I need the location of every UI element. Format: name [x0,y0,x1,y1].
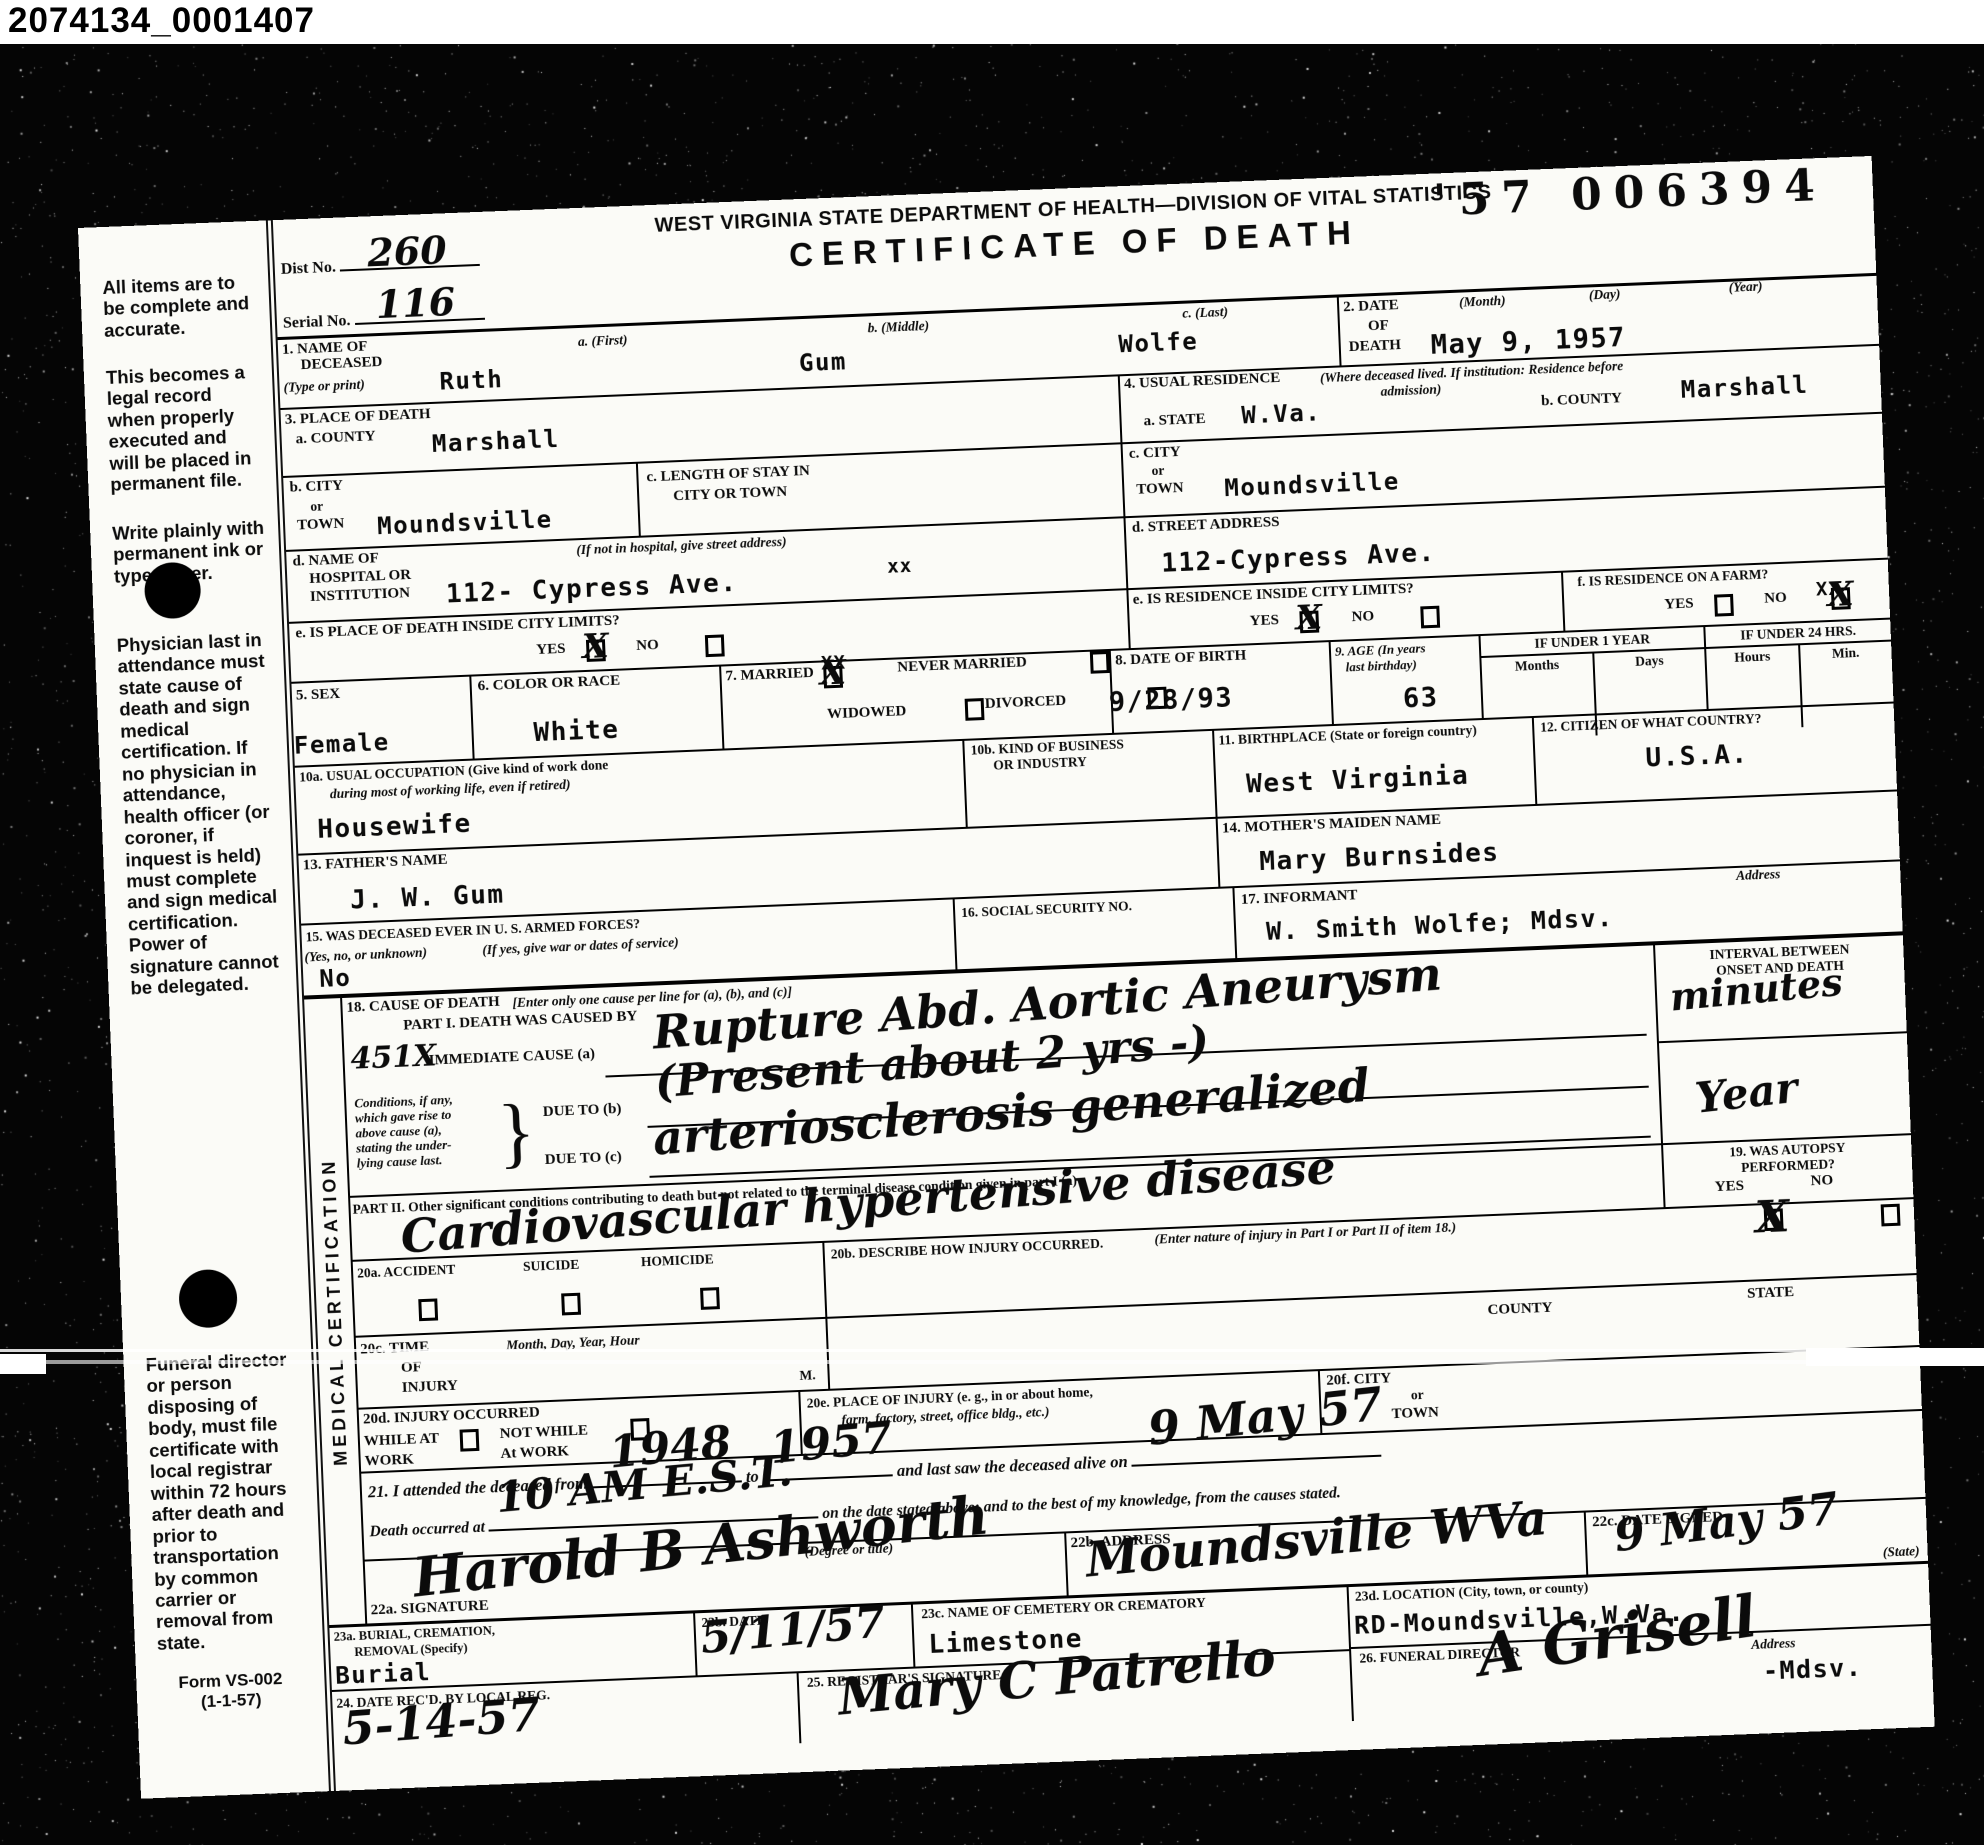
widowed-checkbox [965,698,985,721]
not-while-label: NOT WHILE [499,1423,588,1444]
death-occurred-label: Death occurred at [369,1519,485,1541]
immediate-cause-label: IMMEDIATE CAUSE (a) [428,1046,595,1070]
sex-value: Female [293,728,390,760]
field-citizen: 12. CITIZEN OF WHAT COUNTRY? U.S.A. [1532,704,1897,804]
field-autopsy: 19. WAS AUTOPSY PERFORMED? YES X NO [1661,1135,1913,1207]
state-note: (State) [1883,1543,1920,1560]
homicide-label: HOMICIDE [641,1251,714,1270]
forces-value: No [319,964,352,993]
death-certificate-paper: All items are to be complete and accurat… [78,156,1935,1799]
hosp-label3: INSTITUTION [310,585,411,606]
due-c-label: DUE TO (c) [544,1149,622,1169]
farm-yes: YES [1664,595,1694,613]
father-value: J. W. Gum [350,879,505,915]
name-sub: (Type or print) [283,377,365,396]
birthplace-value: West Virginia [1246,761,1470,800]
citizen-value: U.S.A. [1645,739,1749,773]
margin-note-1: All items are to be complete and accurat… [102,271,256,341]
dod-year-label: (Year) [1728,278,1762,295]
pod-limits-no: NO [636,637,659,655]
father-label: 13. FATHER'S NAME [302,852,447,875]
state-label: STATE [1747,1284,1795,1303]
funeral-address-value: -Mdsv. [1762,1653,1862,1686]
age-value: 63 [1402,682,1439,714]
field-22c: 22c. DATE SIGNED 9 May 57 (State) [1584,1499,1928,1575]
res-state-label: a. STATE [1143,411,1206,430]
scan-artifact-line-1 [0,1349,1984,1352]
field-marital: 7. MARRIED X XX NEVER MARRIED WIDOWED DI… [719,651,1112,749]
informant-address-label: Address [1736,866,1781,884]
res-limits-yes-mark: X [1295,597,1323,638]
margin-note-4: Physician last in attendance must state … [116,629,283,1000]
pod-label: 3. PLACE OF DEATH [285,406,431,429]
dist-no-value: 260 [366,227,447,275]
funeral-address-label: Address [1751,1635,1796,1653]
field-age: 9. AGE (In years last birthday) 63 [1329,636,1482,724]
divorced-label: DIVORCED [985,693,1067,713]
informant-label: 17. INFORMANT [1241,887,1358,909]
while-at-label: WHILE AT [364,1430,440,1450]
dob-value: 9/28/93 [1108,682,1233,718]
pod-limits-no-checkbox [705,634,725,657]
farm-yes-checkbox [1714,594,1734,617]
cause-code: 451X [350,1038,437,1076]
res-limits-yes: YES [1249,612,1279,630]
field-dob: 8. DATE OF BIRTH 9/28/93 [1109,642,1332,733]
dist-no-label: Dist No. [280,259,336,278]
informant-value: W. Smith Wolfe; Mdsv. [1266,903,1614,946]
biz-label2: OR INDUSTRY [993,754,1087,774]
farm-label: f. IS RESIDENCE ON A FARM? [1577,566,1769,590]
hosp-value: 112- Cypress Ave. [445,568,738,610]
interval-a: minutes [1655,979,1907,1043]
married-xx: XX [821,652,847,675]
scan-artifact-right-block [1806,1348,1984,1366]
dod-value: May 9, 1957 [1430,322,1626,361]
never-married-checkbox [1090,651,1110,674]
work-label: WORK [364,1452,414,1471]
field-under-1-year: IF UNDER 1 YEAR Months Days [1479,627,1707,718]
dob-label: 8. DATE OF BIRTH [1115,647,1247,669]
dod-label1: 2. DATE [1343,297,1399,316]
race-value: White [533,715,620,748]
dod-label3: DEATH [1348,337,1401,356]
street-value: 112-Cypress Ave. [1161,538,1436,579]
field-24: 24. DATE REC'D. BY LOCAL REG. 5-14-57 [332,1673,799,1762]
name-label2: DECEASED [300,354,382,374]
pod-limits-yes-checkbox: X [586,639,606,662]
res-limits-no-checkbox [1420,606,1440,629]
scan-top-band: 2074134_0001407 [0,0,1984,44]
pod-city-label: b. CITY [289,478,343,497]
res-county-label: b. COUNTY [1541,390,1622,410]
pod-town-label: TOWN [297,516,345,535]
last-name-value: Wolfe [1118,327,1199,358]
mother-value: Mary Burnsides [1259,837,1500,877]
accident-checkbox [418,1298,438,1321]
while-at-checkbox [460,1429,480,1452]
county-label: COUNTY [1487,1300,1553,1320]
margin-note-5: Funeral director or person disposing of … [145,1348,309,1654]
res-county-value: Marshall [1680,371,1809,404]
serial-no: Serial No. 116 [283,304,485,333]
autopsy-yes: YES [1714,1178,1744,1196]
field-under-24-hrs: IF UNDER 24 HRS. Hours Min. [1703,620,1893,709]
stay-label2: CITY OR TOWN [673,484,788,506]
widowed-label: WIDOWED [827,703,907,723]
accident-label: 20a. ACCIDENT [357,1262,456,1282]
field-ssn: 16. SOCIAL SECURITY NO. [953,888,1236,969]
scan-artifact-line-2 [0,1360,1984,1364]
middle-name-label: b. (Middle) [867,318,929,336]
field-25: 25. REGISTRAR'S SIGNATURE Mary C Patrell… [797,1651,1352,1743]
pod-limits-yes: YES [536,641,566,659]
res-note2: admission) [1380,381,1441,399]
sex-label: 5. SEX [296,686,341,705]
res-town-label: TOWN [1136,480,1184,499]
injury-city-or: or [1411,1387,1424,1403]
time-injury-m: M. [799,1367,816,1384]
married-label: 7. MARRIED [725,665,814,686]
serial-no-value: 116 [375,279,456,327]
medical-certification-section: MEDICAL CERTIFICATION 18. CAUSE OF DEATH… [304,935,1928,1628]
punch-hole-bottom [178,1269,238,1329]
interval-c-value: Year [1693,1063,1800,1123]
due-b-label: DUE TO (b) [543,1101,622,1121]
burial-value: Burial [335,1658,432,1690]
burial-label2: REMOVAL (Specify) [354,1641,468,1661]
pod-limits-yes-mark: X [581,626,609,667]
margin-note-2: This becomes a legal record when properl… [106,361,263,496]
field-business: 10b. KIND OF BUSINESS OR INDUSTRY [962,731,1215,827]
scan-id-label: 2074134_0001407 [8,1,315,41]
age-label2: last birthday) [1345,657,1417,676]
autopsy-no: NO [1810,1172,1833,1190]
res-state-value: W.Va. [1241,398,1322,429]
suicide-label: SUICIDE [523,1257,580,1275]
res-limits-no: NO [1351,608,1374,626]
forces-note1: (Yes, no, or unknown) [304,945,427,966]
hosp-label1: d. NAME OF [292,550,379,570]
cause-label: 18. CAUSE OF DEATH [346,994,500,1017]
farm-no: NO [1764,590,1787,608]
res-city-or: or [1151,463,1164,479]
pod-county-label: a. COUNTY [295,428,376,448]
last-name-label: c. (Last) [1182,304,1228,322]
res-city-label: c. CITY [1129,444,1181,463]
interval-c: Year [1659,1083,1911,1143]
ssn-label: 16. SOCIAL SECURITY NO. [961,898,1132,921]
dod-label2: OF [1368,317,1390,335]
street-label: d. STREET ADDRESS [1132,514,1280,537]
medical-certification-label: MEDICAL CERTIFICATION [318,1157,351,1466]
time-injury-label3: INJURY [401,1378,458,1397]
attended-t2: and last saw the deceased alive on [896,1452,1128,1480]
res-limits-yes-checkbox: X [1299,611,1319,634]
field-pod-city: b. CITY or TOWN Moundsville [283,464,639,550]
hosp-xx: xx [887,555,913,578]
field-sex: 5. SEX Female [291,677,472,766]
first-name-label: a. (First) [578,332,628,350]
first-name-value: Ruth [439,365,504,396]
dod-day-label: (Day) [1589,286,1621,303]
dod-month-label: (Month) [1459,293,1506,311]
injury-town-label: TOWN [1391,1404,1439,1423]
pod-city-or: or [310,498,323,514]
farm-no-xx: XX [1815,578,1841,601]
attended-alive-blank: 9 May 57 [1131,1441,1381,1467]
form-number: Form VS-002 (1-1-57) [136,1667,325,1715]
form-number-line1: Form VS-002 [178,1669,283,1692]
res-city-value: Moundsville [1224,467,1400,502]
field-birthplace: 11. BIRTHPLACE (State or foreign country… [1212,718,1535,817]
homicide-checkbox [700,1287,720,1310]
pod-county-value: Marshall [431,425,560,458]
occ-value: Housewife [317,809,472,845]
field-farm: f. IS RESIDENCE ON A FARM? YES NO X XX [1561,560,1890,631]
middle-name-value: Gum [798,347,847,377]
forces-note2: (If yes, give war or dates of service) [482,934,679,958]
field-23d-26: 23d. LOCATION (City, town, or county) RD… [1347,1564,1934,1721]
field-race: 6. COLOR OR RACE White [469,667,722,759]
serial-no-blank: 116 [354,304,485,325]
form-number-line2: (1-1-57) [201,1690,262,1711]
pod-city-value: Moundsville [377,505,553,540]
scan-artifact-left-block [0,1354,46,1374]
at-work-label: At WORK [500,1443,569,1463]
serial-no-label: Serial No. [283,312,351,332]
certificate-form: WEST VIRGINIA STATE DEPARTMENT OF HEALTH… [271,156,1935,1791]
race-label: 6. COLOR OR RACE [477,673,620,696]
suicide-checkbox [561,1293,581,1316]
